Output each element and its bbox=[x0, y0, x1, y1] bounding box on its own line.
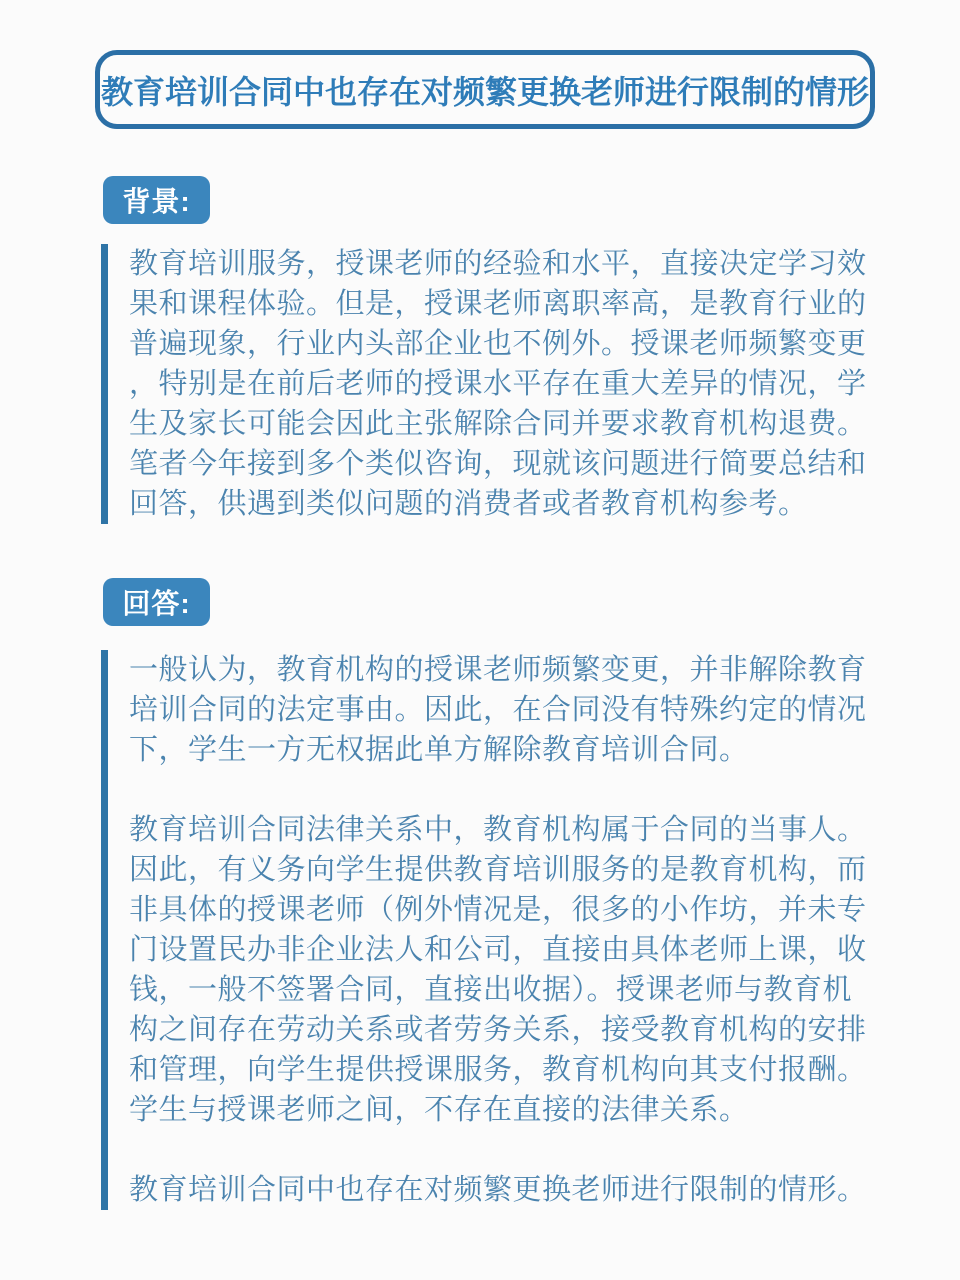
answer-section-label: 回答: bbox=[103, 578, 210, 626]
page-title: 教育培训合同中也存在对频繁更换老师进行限制的情形 bbox=[101, 67, 869, 113]
answer-paragraph: 一般认为，教育机构的授课老师频繁变更，并非解除教育 培训合同的法定事由。因此，在… bbox=[101, 650, 881, 1210]
title-box: 教育培训合同中也存在对频繁更换老师进行限制的情形 bbox=[95, 50, 875, 129]
background-paragraph: 教育培训服务，授课老师的经验和水平，直接决定学习效 果和课程体验。但是，授课老师… bbox=[101, 244, 881, 524]
background-section-label: 背景: bbox=[103, 176, 210, 224]
article-page: 教育培训合同中也存在对频繁更换老师进行限制的情形 背景: 教育培训服务，授课老师… bbox=[0, 0, 960, 1280]
